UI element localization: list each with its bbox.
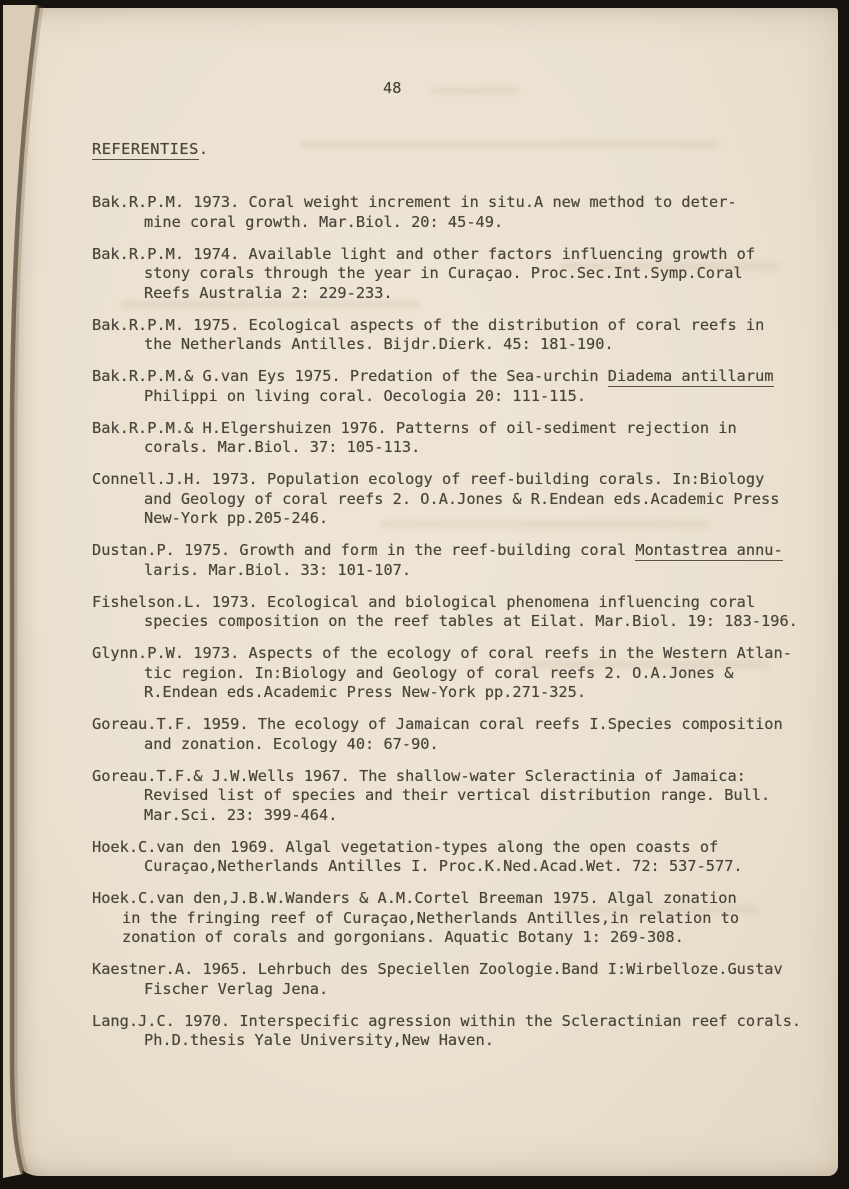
reference-line: Bak.R.P.M. 1973. Coral weight increment …: [92, 193, 822, 213]
reference-entry: Glynn.P.W. 1973. Aspects of the ecology …: [92, 644, 822, 703]
reference-line: Connell.J.H. 1973. Population ecology of…: [92, 470, 822, 490]
reference-text: Bak.R.P.M. 1974. Available light and oth…: [92, 245, 755, 263]
reference-line: tic region. In:Biology and Geology of co…: [144, 664, 822, 684]
reference-text: and zonation. Ecology 40: 67-90.: [144, 735, 439, 753]
reference-text: tic region. In:Biology and Geology of co…: [144, 664, 733, 682]
species-name-underlined: Montastrea annu-: [635, 541, 782, 561]
reference-line: Hoek.C.van den,J.B.W.Wanders & A.M.Corte…: [92, 889, 822, 909]
reference-entry: Hoek.C.van den 1969. Algal vegetation-ty…: [92, 838, 822, 877]
reference-text: laris. Mar.Biol. 33: 101-107.: [144, 561, 411, 579]
reference-text: Mar.Sci. 23: 399-464.: [144, 806, 337, 824]
reference-line: mine coral growth. Mar.Biol. 20: 45-49.: [144, 213, 822, 233]
reference-text: Hoek.C.van den 1969. Algal vegetation-ty…: [92, 838, 718, 856]
reference-entry: Bak.R.P.M. 1973. Coral weight increment …: [92, 193, 822, 232]
reference-line: Fischer Verlag Jena.: [144, 980, 822, 1000]
reference-text: mine coral growth. Mar.Biol. 20: 45-49.: [144, 213, 503, 231]
reference-line: Fishelson.L. 1973. Ecological and biolog…: [92, 593, 822, 613]
reference-line: Kaestner.A. 1965. Lehrbuch des Specielle…: [92, 960, 822, 980]
section-heading-text: REFERENTIES: [92, 140, 199, 160]
reference-line: and Geology of coral reefs 2. O.A.Jones …: [144, 490, 822, 510]
reference-entry: Lang.J.C. 1970. Interspecific agression …: [92, 1012, 822, 1051]
page-number: 48: [383, 79, 401, 97]
reference-text: Goreau.T.F.& J.W.Wells 1967. The shallow…: [92, 767, 746, 785]
reference-line: species composition on the reef tables a…: [144, 612, 822, 632]
reference-line: Mar.Sci. 23: 399-464.: [144, 806, 822, 826]
reference-line: Ph.D.thesis Yale University,New Haven.: [144, 1031, 822, 1051]
reference-line: New-York pp.205-246.: [144, 509, 822, 529]
section-heading-period: .: [199, 140, 209, 158]
reference-line: the Netherlands Antilles. Bijdr.Dierk. 4…: [144, 335, 822, 355]
reference-line: corals. Mar.Biol. 37: 105-113.: [144, 438, 822, 458]
reference-entry: Goreau.T.F. 1959. The ecology of Jamaica…: [92, 715, 822, 754]
reference-text: the Netherlands Antilles. Bijdr.Dierk. 4…: [144, 335, 614, 353]
reference-text: Bak.R.P.M. 1973. Coral weight increment …: [92, 193, 737, 211]
reference-line: Revised list of species and their vertic…: [144, 786, 822, 806]
references-list: Bak.R.P.M. 1973. Coral weight increment …: [92, 193, 822, 1063]
reference-text: Glynn.P.W. 1973. Aspects of the ecology …: [92, 644, 792, 662]
reference-entry: Goreau.T.F.& J.W.Wells 1967. The shallow…: [92, 767, 822, 826]
reference-line: Bak.R.P.M.& H.Elgershuizen 1976. Pattern…: [92, 419, 822, 439]
reference-line: Goreau.T.F.& J.W.Wells 1967. The shallow…: [92, 767, 822, 787]
reference-text: corals. Mar.Biol. 37: 105-113.: [144, 438, 420, 456]
reference-entry: Fishelson.L. 1973. Ecological and biolog…: [92, 593, 822, 632]
reference-text: Philippi on living coral. Oecologia 20: …: [144, 387, 586, 405]
reference-text: Curaçao,Netherlands Antilles I. Proc.K.N…: [144, 857, 743, 875]
reference-text: Bak.R.P.M. 1975. Ecological aspects of t…: [92, 316, 764, 334]
reference-text: stony corals through the year in Curaçao…: [144, 264, 743, 282]
reference-line: Goreau.T.F. 1959. The ecology of Jamaica…: [92, 715, 822, 735]
reference-text: Revised list of species and their vertic…: [144, 786, 770, 804]
reference-entry: Kaestner.A. 1965. Lehrbuch des Specielle…: [92, 960, 822, 999]
reference-line: Philippi on living coral. Oecologia 20: …: [144, 387, 822, 407]
reference-line: Bak.R.P.M. 1974. Available light and oth…: [92, 245, 822, 265]
reference-line: R.Endean eds.Academic Press New-York pp.…: [144, 683, 822, 703]
reference-text: New-York pp.205-246.: [144, 509, 328, 527]
reference-text: species composition on the reef tables a…: [144, 612, 798, 630]
section-heading: REFERENTIES.: [92, 140, 209, 158]
reference-line: and zonation. Ecology 40: 67-90.: [144, 735, 822, 755]
reference-line: Lang.J.C. 1970. Interspecific agression …: [92, 1012, 822, 1032]
reference-text: Bak.R.P.M.& G.van Eys 1975. Predation of…: [92, 367, 608, 385]
reference-line: Curaçao,Netherlands Antilles I. Proc.K.N…: [144, 857, 822, 877]
reference-text: Kaestner.A. 1965. Lehrbuch des Specielle…: [92, 960, 783, 978]
reference-line: Dustan.P. 1975. Growth and form in the r…: [92, 541, 822, 561]
reference-line: Reefs Australia 2: 229-233.: [144, 284, 822, 304]
reference-text: Hoek.C.van den,J.B.W.Wanders & A.M.Corte…: [92, 889, 737, 907]
reference-text: Ph.D.thesis Yale University,New Haven.: [144, 1031, 494, 1049]
reference-line: Glynn.P.W. 1973. Aspects of the ecology …: [92, 644, 822, 664]
reference-line: Bak.R.P.M. 1975. Ecological aspects of t…: [92, 316, 822, 336]
typewritten-text-layer: 48 REFERENTIES. Bak.R.P.M. 1973. Coral w…: [0, 0, 849, 1189]
reference-entry: Bak.R.P.M. 1974. Available light and oth…: [92, 245, 822, 304]
reference-line: in the fringing reef of Curaçao,Netherla…: [122, 909, 822, 929]
reference-entry: Hoek.C.van den,J.B.W.Wanders & A.M.Corte…: [92, 889, 822, 948]
reference-text: Dustan.P. 1975. Growth and form in the r…: [92, 541, 635, 559]
reference-text: and Geology of coral reefs 2. O.A.Jones …: [144, 490, 779, 508]
reference-text: R.Endean eds.Academic Press New-York pp.…: [144, 683, 586, 701]
reference-text: Bak.R.P.M.& H.Elgershuizen 1976. Pattern…: [92, 419, 737, 437]
reference-entry: Connell.J.H. 1973. Population ecology of…: [92, 470, 822, 529]
reference-text: in the fringing reef of Curaçao,Netherla…: [122, 909, 739, 927]
scanned-document: { "document": { "page_number": "48", "he…: [0, 0, 849, 1189]
reference-line: stony corals through the year in Curaçao…: [144, 264, 822, 284]
reference-text: Reefs Australia 2: 229-233.: [144, 284, 393, 302]
reference-entry: Bak.R.P.M. 1975. Ecological aspects of t…: [92, 316, 822, 355]
species-name-underlined: Diadema antillarum: [608, 367, 774, 387]
reference-text: Connell.J.H. 1973. Population ecology of…: [92, 470, 764, 488]
reference-line: Hoek.C.van den 1969. Algal vegetation-ty…: [92, 838, 822, 858]
reference-text: Goreau.T.F. 1959. The ecology of Jamaica…: [92, 715, 783, 733]
reference-text: Fishelson.L. 1973. Ecological and biolog…: [92, 593, 755, 611]
reference-entry: Bak.R.P.M.& G.van Eys 1975. Predation of…: [92, 367, 822, 406]
reference-line: zonation of corals and gorgonians. Aquat…: [122, 928, 822, 948]
reference-line: Bak.R.P.M.& G.van Eys 1975. Predation of…: [92, 367, 822, 387]
reference-text: Fischer Verlag Jena.: [144, 980, 328, 998]
reference-line: laris. Mar.Biol. 33: 101-107.: [144, 561, 822, 581]
reference-text: zonation of corals and gorgonians. Aquat…: [122, 928, 684, 946]
reference-entry: Dustan.P. 1975. Growth and form in the r…: [92, 541, 822, 580]
reference-text: Lang.J.C. 1970. Interspecific agression …: [92, 1012, 801, 1030]
reference-entry: Bak.R.P.M.& H.Elgershuizen 1976. Pattern…: [92, 419, 822, 458]
